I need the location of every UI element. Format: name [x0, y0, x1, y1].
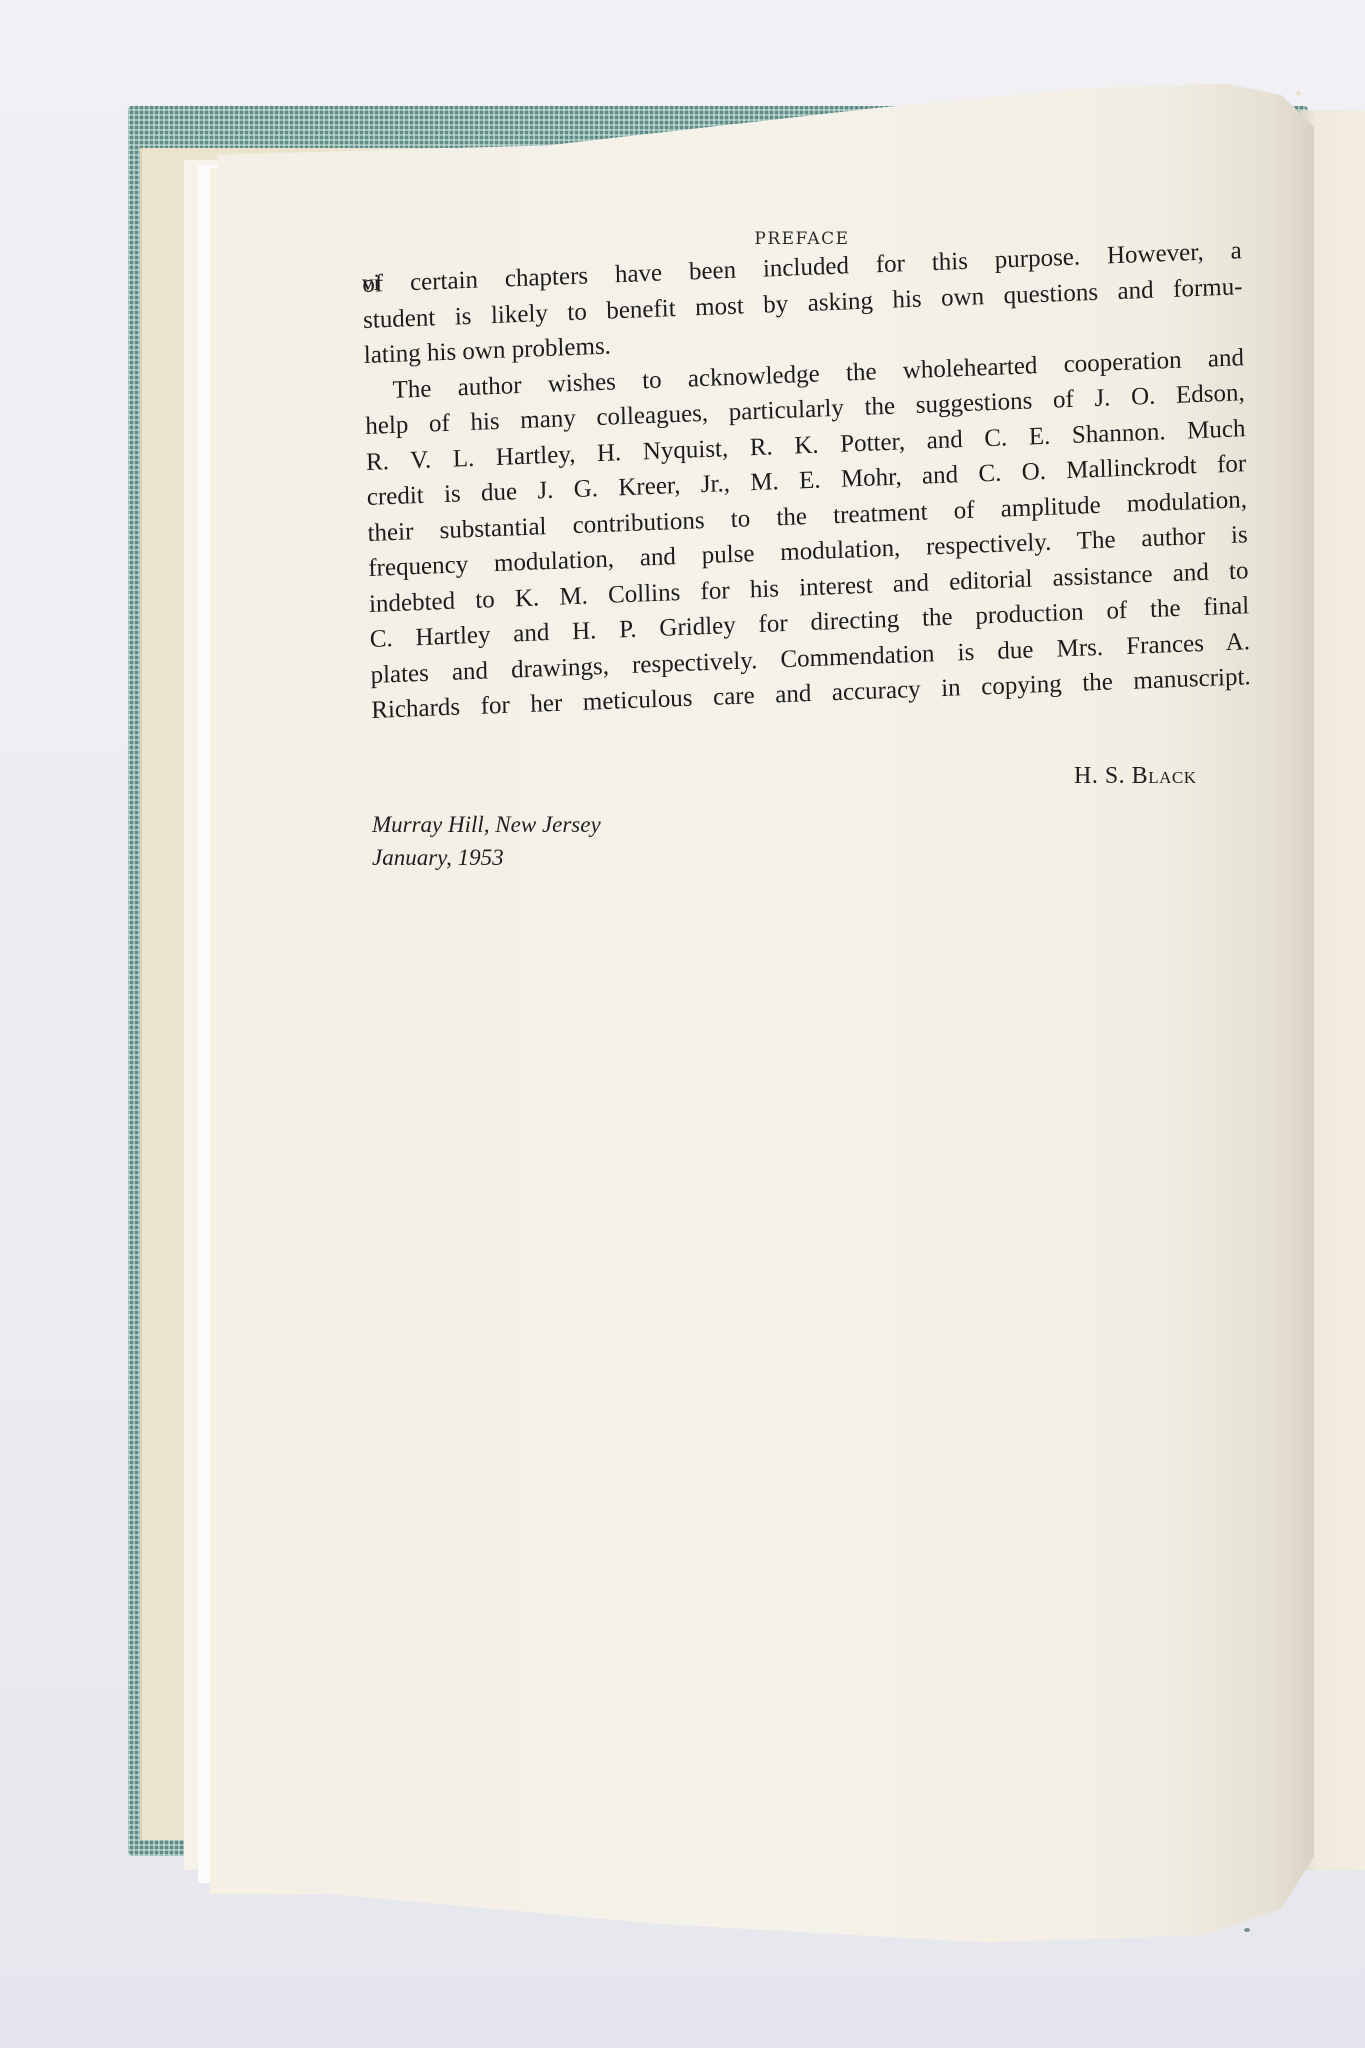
corner-mark: [1244, 1928, 1250, 1932]
corner-mark: [1296, 91, 1301, 96]
paragraph-2: The author wishes to acknowledge the who…: [364, 340, 1251, 729]
date: January, 1953: [372, 841, 601, 874]
place-date: Murray Hill, New Jersey January, 1953: [372, 808, 601, 874]
place: Murray Hill, New Jersey: [372, 808, 601, 841]
preface-body: of certain chapters have been included f…: [362, 233, 1251, 728]
author-signature: H. S. Black: [1074, 763, 1196, 790]
